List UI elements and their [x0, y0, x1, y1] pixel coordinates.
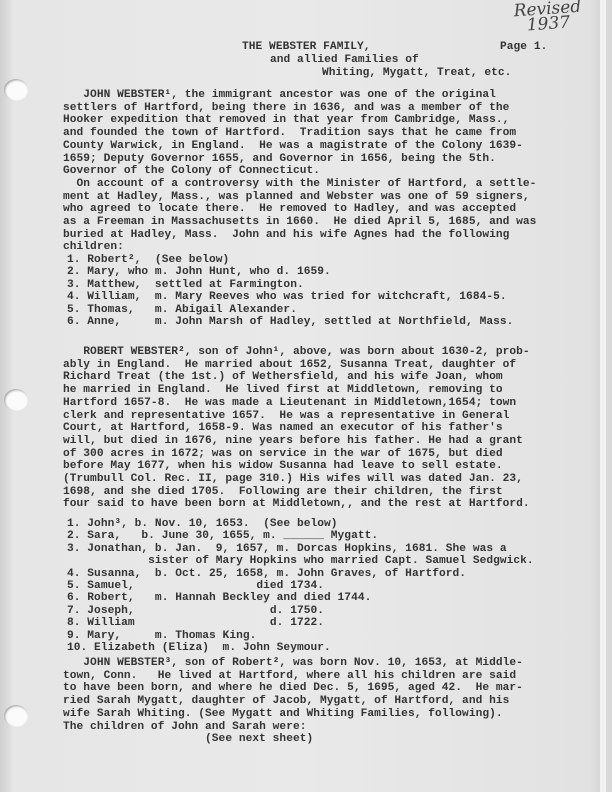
- text-line: On account of a controversy with the Min…: [63, 178, 536, 191]
- list-item: 1. Robert², (See below): [67, 254, 229, 267]
- list-item: 7. Joseph, d. 1750.: [67, 605, 324, 618]
- list-item: 3. Jonathan, b. Jan. 9, 1657, m. Dorcas …: [67, 543, 507, 556]
- text-line: ably in England. He married about 1652, …: [63, 359, 516, 372]
- page-edge: [600, 0, 606, 792]
- punch-hole: [4, 79, 28, 101]
- text-line: and founded the town of Hartford. Tradit…: [63, 127, 516, 140]
- text-line: Governor of the Colony of Connecticut.: [63, 165, 320, 178]
- list-item: 4. William, m. Mary Reeves who was tried…: [67, 291, 507, 304]
- list-item: 5. Samuel, died 1734.: [67, 580, 324, 593]
- text-line: clerk and representative 1657. He was a …: [63, 410, 509, 423]
- text-line: he married in England. He lived first at…: [63, 384, 503, 397]
- list-item: 2. Mary, who m. John Hunt, who d. 1659.: [67, 266, 331, 279]
- text-line: who agreed to locate there. He removed t…: [63, 203, 516, 216]
- list-item: 9. Mary, m. Thomas King.: [67, 630, 256, 643]
- list-item: 4. Susanna, b. Oct. 25, 1658, m. John Gr…: [67, 568, 466, 581]
- text-line: to have been born, and where he died Dec…: [63, 682, 523, 695]
- document-title: THE WEBSTER FAMILY,: [242, 41, 371, 54]
- text-line: four said to have been born at Middletow…: [63, 498, 530, 511]
- text-line: buried at Hadley, Mass. John and his wif…: [63, 229, 509, 242]
- text-line: town, Conn. He lived at Hartford, where …: [63, 670, 516, 683]
- list-item: 5. Thomas, m. Abigail Alexander.: [67, 304, 297, 317]
- text-line: JOHN WEBSTER¹, the immigrant ancestor wa…: [63, 89, 496, 102]
- text-line: Court, at Hartford, 1658-9. Was named an…: [63, 422, 503, 435]
- punch-hole: [4, 705, 28, 727]
- list-item: 2. Sara, b. June 30, 1655, m. ______ Myg…: [67, 530, 378, 543]
- list-item: 1. John³, b. Nov. 10, 1653. (See below): [67, 518, 338, 531]
- list-item: 8. William d. 1722.: [67, 617, 324, 630]
- document-page: Revised 1937 THE WEBSTER FAMILY, Page 1.…: [0, 0, 606, 792]
- text-line: ried Sarah Mygatt, daughter of Jacob, My…: [63, 695, 509, 708]
- text-line: Hooker expedition that removed in that y…: [63, 114, 509, 127]
- list-item: 6. Anne, m. John Marsh of Hadley, settle…: [67, 316, 513, 329]
- list-item: sister of Mary Hopkins who married Capt.…: [67, 555, 534, 568]
- text-line: Richard Treat (the 1st.) of Wethersfield…: [63, 371, 503, 384]
- list-item: 3. Matthew, settled at Farmington.: [67, 279, 304, 292]
- text-line: 1659; Deputy Governor 1655, and Governor…: [63, 153, 496, 166]
- document-subtitle-families: Whiting, Mygatt, Treat, etc.: [322, 67, 511, 80]
- handwritten-annotation: Revised 1937: [507, 0, 589, 35]
- page-number: Page 1.: [500, 41, 547, 54]
- text-line: children:: [63, 241, 124, 254]
- text-line: JOHN WEBSTER³, son of Robert², was born …: [63, 657, 523, 670]
- punch-hole: [4, 389, 28, 411]
- text-line: (See next sheet): [63, 733, 313, 746]
- list-item: 6. Robert, m. Hannah Beckley and died 17…: [67, 592, 371, 605]
- text-line: wife Sarah Whiting. (See Mygatt and Whit…: [63, 708, 503, 721]
- text-line: The children of John and Sarah were:: [63, 721, 307, 734]
- text-line: ment at Hadley, Mass., was planned and W…: [63, 191, 530, 204]
- text-line: as a Freeman in Massachusetts in 1660. H…: [63, 216, 536, 229]
- text-line: County Warwick, in England. He was a mag…: [63, 140, 523, 153]
- text-line: settlers of Hartford, being there in 163…: [63, 102, 509, 115]
- text-line: of 300 acres in 1672; was on service in …: [63, 448, 503, 461]
- text-line: before May 1677, when his widow Susanna …: [63, 460, 503, 473]
- text-line: ROBERT WEBSTER², son of John¹, above, wa…: [63, 346, 530, 359]
- document-subtitle: and allied Families of: [270, 54, 419, 67]
- text-line: Hartford 1657-8. He was made a Lieutenan…: [63, 397, 516, 410]
- text-line: 1698, and she died 1705. Following are t…: [63, 486, 503, 499]
- text-line: (Trumbull Col. Rec. II, page 310.) His w…: [63, 473, 523, 486]
- text-line: will, but died in 1676, nine years befor…: [63, 435, 523, 448]
- list-item: 10. Elizabeth (Eliza) m. John Seymour.: [67, 642, 331, 655]
